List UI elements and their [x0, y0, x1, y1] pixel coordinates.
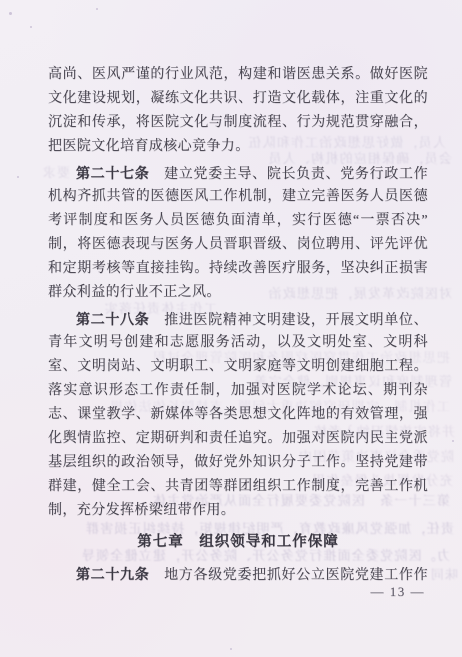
paper-speck [452, 440, 454, 442]
text-line: 群建，健全工会、共青团等群团组织工作制度，完善工作机 [48, 475, 428, 499]
text-line: 高尚、医风严谨的行业风范，构建和谐医患关系。做好医院 [48, 63, 428, 87]
closing-paragraph: 第二十九条 地方各级党委把抓好公立医院党建工作作 [48, 562, 428, 586]
text-line: 第二十九条 地方各级党委把抓好公立医院党建工作作 [48, 562, 428, 586]
paragraph: 高尚、医风严谨的行业风范，构建和谐医患关系。做好医院文化建设规划，凝练文化共识、… [48, 63, 428, 159]
text-line: 群众利益的行业不正之风。 [48, 281, 428, 305]
text-line: 机构齐抓共管的医德医风工作机制，建立完善医务人员医德 [48, 185, 428, 209]
paragraph: 第二十九条 地方各级党委把抓好公立医院党建工作作 [48, 562, 428, 586]
text-line: 第二十七条 建立党委主导、院长负责、党务行政工作 [48, 161, 428, 185]
text-line: 基层组织的政治领导，做好党外知识分子工作。坚持党建带 [48, 451, 428, 475]
text-line: 青年文明号创建和志愿服务活动，以及文明处室、文明科 [48, 331, 428, 355]
body-paragraphs: 高尚、医风严谨的行业风范，构建和谐医患关系。做好医院文化建设规划，凝练文化共识、… [48, 63, 428, 523]
page-number: — 13 — [371, 584, 426, 600]
clause-number: 第二十九条 [76, 566, 149, 582]
text-line: 和定期考核等直接挂钩。持续改善医疗服务，坚决纠正损害 [48, 257, 428, 281]
text-line: 化舆情监控、定期研判和责任追究。加强对医院内民主党派 [48, 427, 428, 451]
text-line: 把医院文化培育成核心竞争力。 [48, 135, 428, 159]
paper-speck [230, 648, 232, 650]
text-line: 落实意识形态工作责任制，加强对医院学术论坛、期刊杂 [48, 379, 428, 403]
chapter-heading: 第七章 组织领导和工作保障 [48, 530, 428, 554]
paper-speck [9, 12, 12, 15]
bleed-through-text: 味同 [426, 566, 458, 583]
paper-speck [96, 8, 98, 10]
clause-number: 第二十七条 [76, 165, 149, 181]
paper-speck [17, 176, 19, 178]
text-line: 文化建设规划，凝练文化共识、打造文化载体，注重文化的 [48, 87, 428, 111]
paragraph: 第二十八条 推进医院精神文明建设，开展文明单位、青年文明号创建和志愿服务活动，以… [48, 307, 428, 523]
clause-number: 第二十八条 [76, 311, 149, 327]
text-line: 沉淀和传承，将医院文化与制度流程、行为规范贯穿融合， [48, 111, 428, 135]
text-line: 制，将医德表现与医务人员晋职晋级、岗位聘用、评先评优 [48, 233, 428, 257]
text-line: 考评制度和医务人员医德负面清单，实行医德“一票否决” [48, 209, 428, 233]
text-line: 第二十八条 推进医院精神文明建设，开展文明单位、 [48, 307, 428, 331]
document-content: 高尚、医风严谨的行业风范，构建和谐医患关系。做好医院文化建设规划，凝练文化共识、… [48, 63, 428, 586]
text-line: 室、文明岗站、文明职工、文明家庭等文明创建细胞工程。 [48, 355, 428, 379]
paragraph: 第二十七条 建立党委主导、院长负责、党务行政工作机构齐抓共管的医德医风工作机制，… [48, 161, 428, 305]
paper-speck [30, 26, 32, 28]
scanned-document-page: 人员，做好思想政治工作和队伍会员，确保相应的机构、人员要求对医院改革发展，把思想… [0, 0, 462, 657]
text-line: 制，充分发挥桥梁纽带作用。 [48, 499, 428, 523]
text-line: 志、课堂教学、新媒体等各类思想文化阵地的有效管理，强 [48, 403, 428, 427]
